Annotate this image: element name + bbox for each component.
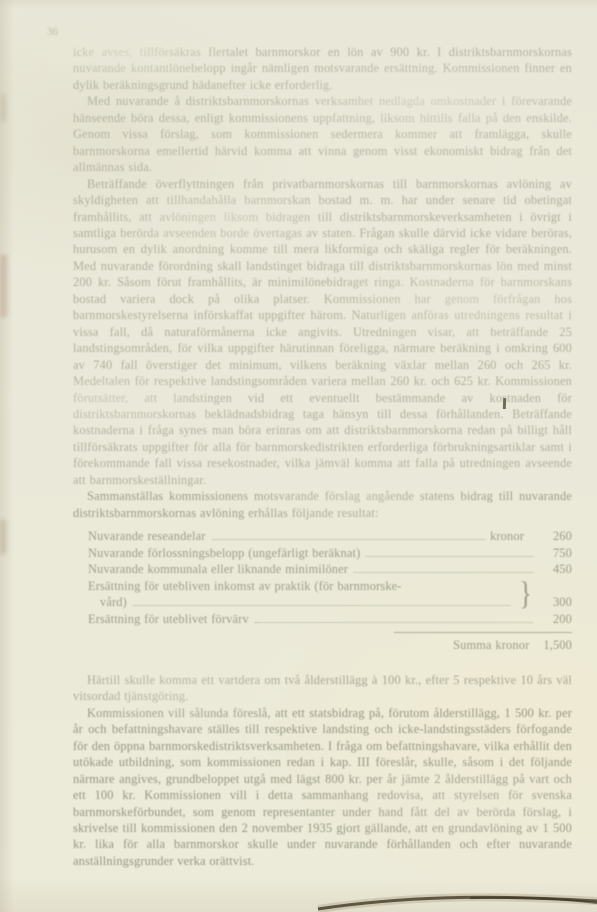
ink-artifact — [503, 398, 506, 409]
dot-leader — [255, 622, 533, 623]
dot-leader — [212, 539, 486, 540]
row-value: 300 — [538, 594, 572, 610]
paragraph-costs: Med nuvarande å distriktsbarnmorskornas … — [73, 93, 572, 175]
row-label-line2: vård) — [100, 594, 127, 610]
paragraph-proposal: Kommissionen vill sålunda föreslå, att e… — [73, 705, 572, 870]
cost-list: Nuvarande reseandelar kronor 260 Nuvaran… — [88, 528, 572, 654]
left-edge-smudge — [0, 520, 6, 554]
left-edge-smudge — [0, 255, 7, 317]
list-row: Nuvarande förlossningsbelopp (ungefärlig… — [88, 545, 572, 562]
list-row-two-line: Ersättning för utebliven inkomst av prak… — [88, 578, 572, 611]
row-label: Nuvarande kommunala eller liknande minim… — [88, 561, 348, 578]
summa-row: Summa kronor 1,500 — [88, 632, 572, 653]
scanned-document-page: 36 icke avses, tillförsäkras flertalet b… — [0, 0, 597, 912]
row-label: Nuvarande förlossningsbelopp (ungefärlig… — [88, 545, 360, 562]
row-unit: kronor — [490, 528, 524, 545]
list-row: Nuvarande kommunala eller liknande minim… — [88, 561, 572, 578]
paragraph-age-supplement: Härtill skulle komma ett vartdera om två… — [73, 672, 572, 705]
page-content: icke avses, tillförsäkras flertalet barn… — [73, 44, 572, 869]
summa-value: 1,500 — [543, 637, 572, 653]
paragraph-housing-allowance: Beträffande överflyttningen från privatb… — [73, 176, 572, 489]
paragraph-list-intro: Sammanställas kommissionens motsvarande … — [73, 488, 572, 521]
row-label: Ersättning för uteblivet förvärv — [88, 611, 249, 628]
row-value: 260 — [538, 528, 572, 545]
list-row: Nuvarande reseandelar kronor 260 — [88, 528, 572, 545]
row-value: 200 — [538, 611, 572, 628]
page-number: 36 — [47, 26, 58, 38]
row-value: 750 — [538, 545, 572, 562]
row-label-line1: Ersättning för utebliven inkomst av prak… — [88, 578, 515, 594]
list-row: Ersättning för uteblivet förvärv 200 — [88, 611, 572, 628]
left-edge-smudge — [1, 95, 6, 121]
dot-leader — [133, 605, 510, 606]
brace-glyph: } — [519, 579, 532, 608]
summa-label: Summa kronor — [453, 637, 529, 653]
paragraph-continuation: icke avses, tillförsäkras flertalet barn… — [73, 44, 572, 93]
row-value: 450 — [538, 561, 572, 578]
row-label: Nuvarande reseandelar — [88, 528, 206, 545]
dot-leader — [366, 556, 533, 557]
dot-leader — [354, 572, 533, 573]
